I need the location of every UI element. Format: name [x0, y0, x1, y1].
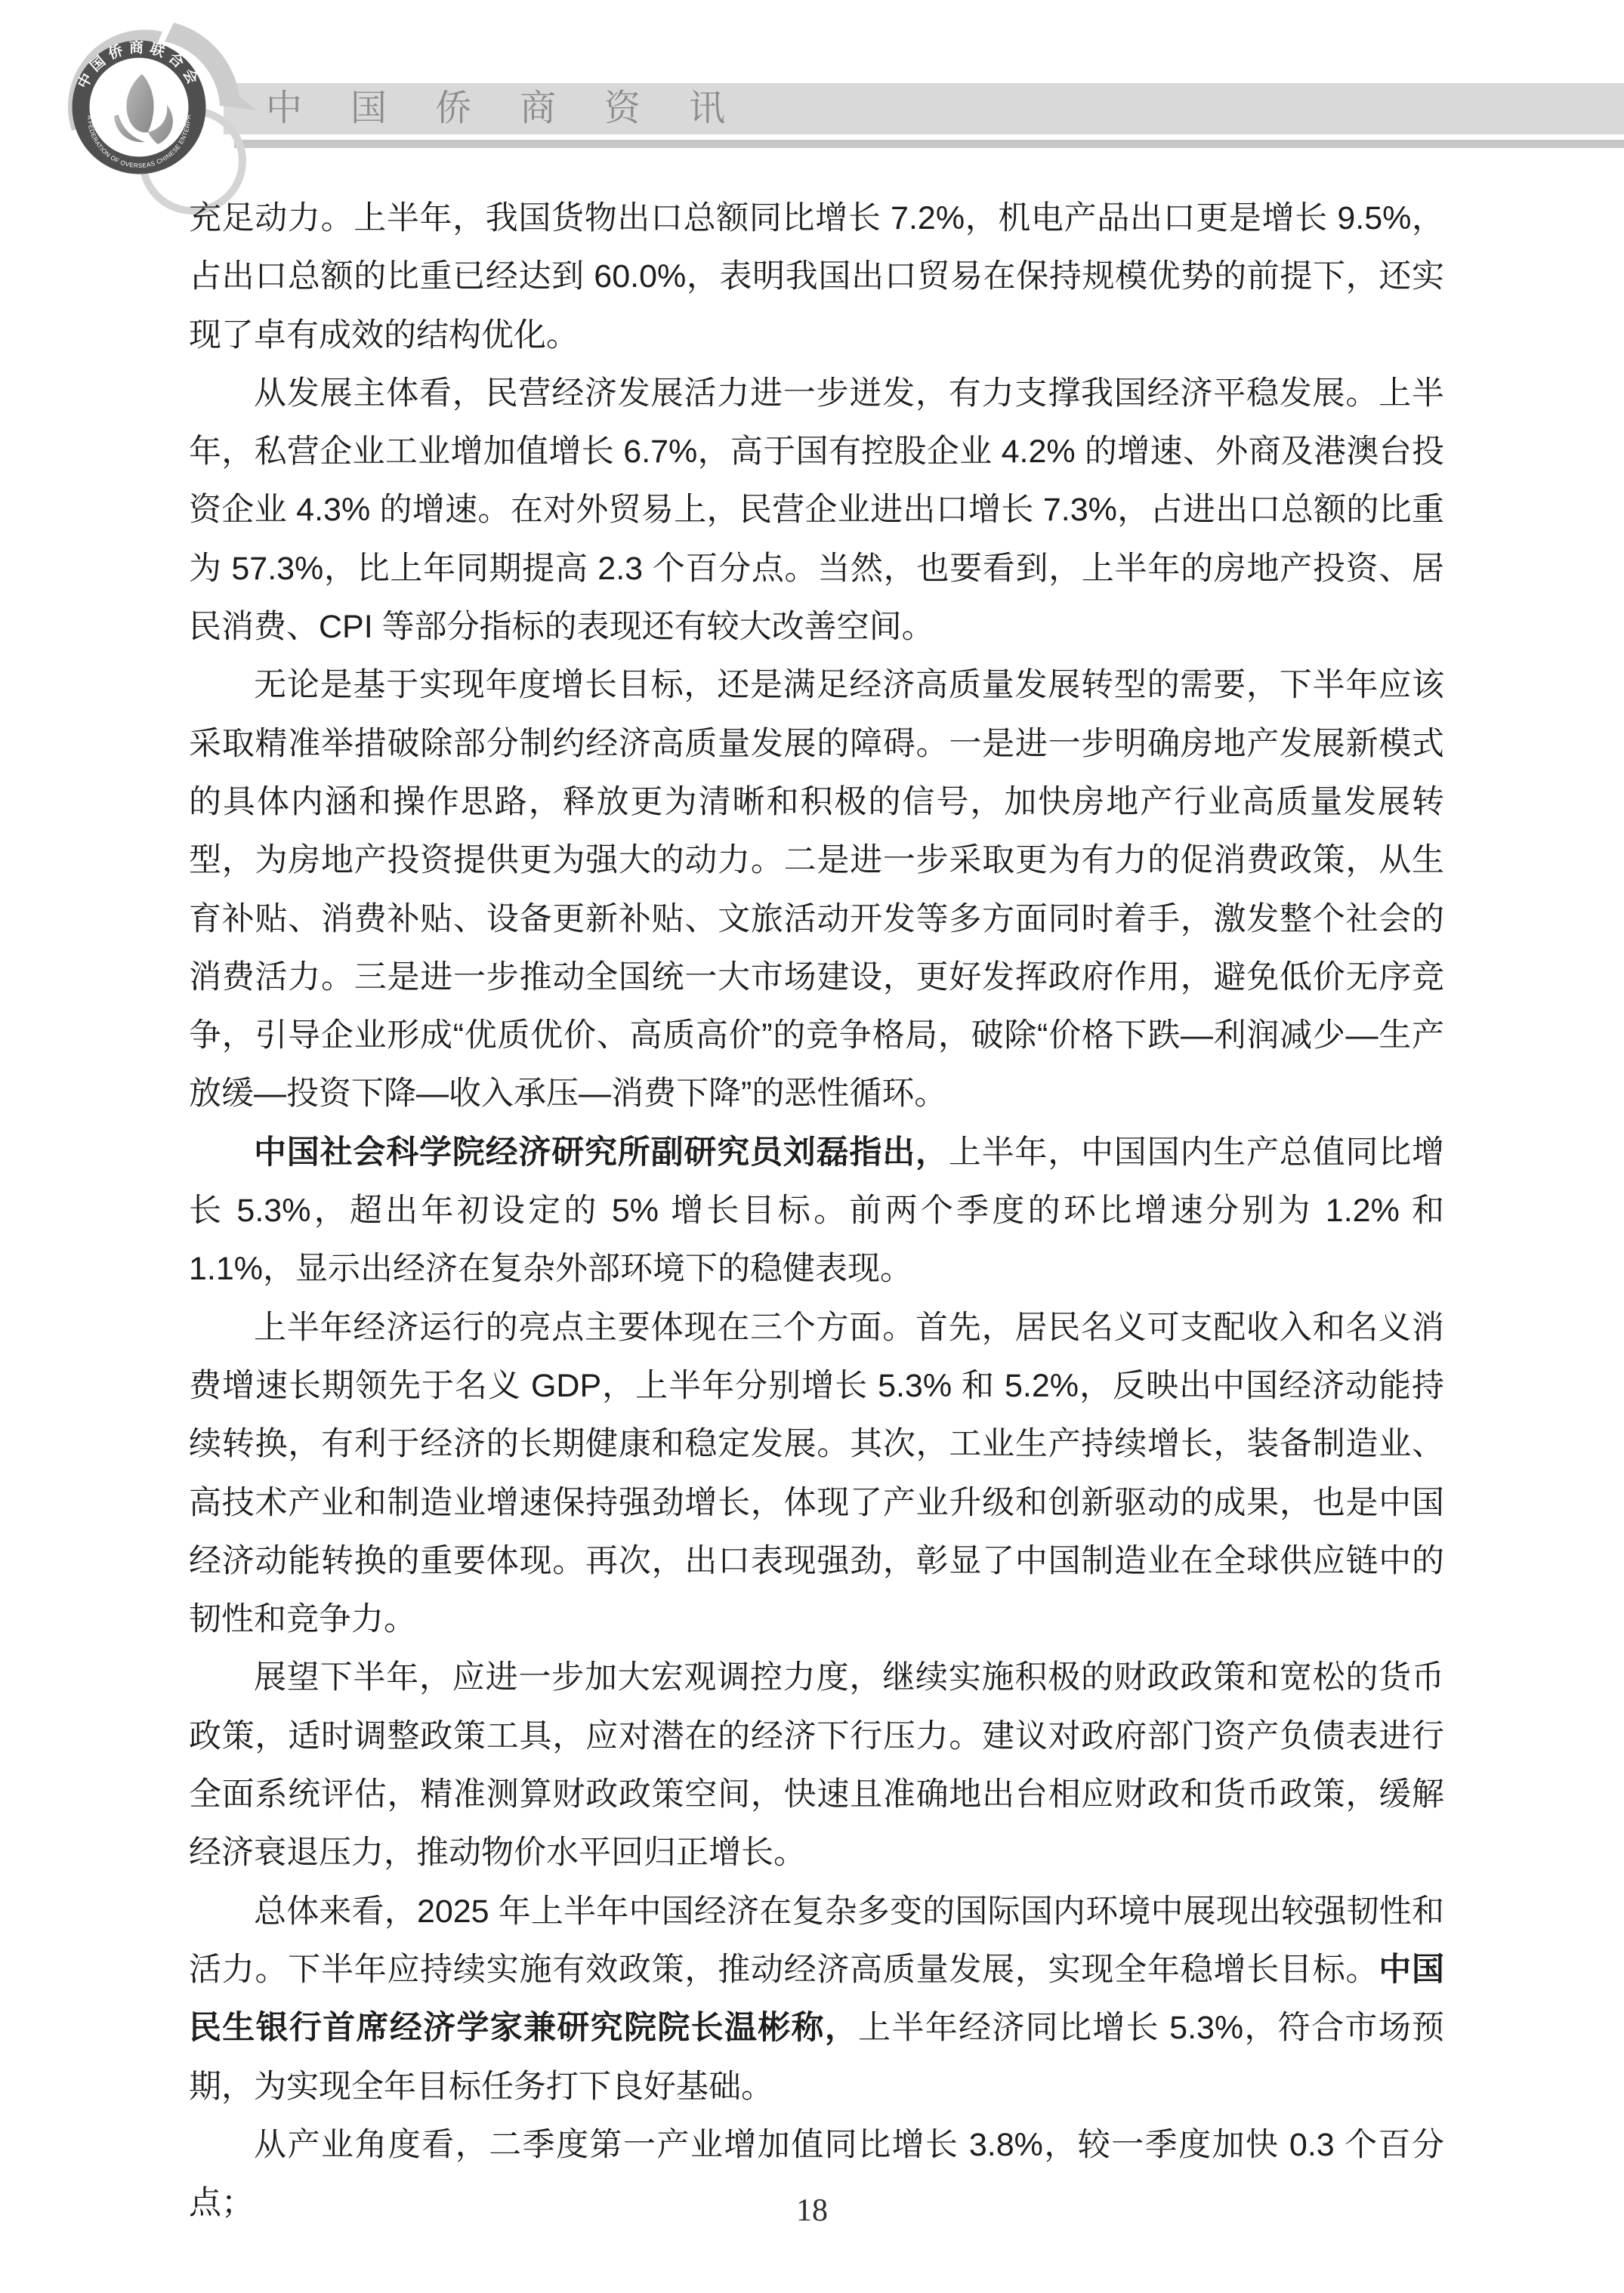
header-rule — [234, 140, 1624, 148]
paragraph-text: 上半年经济运行的亮点主要体现在三个方面。首先，居民名义可支配收入和名义消费增速长… — [189, 1310, 1444, 1637]
article-body: 充足动力。上半年，我国货物出口总额同比增长 7.2%，机电产品出口更是增长 9.… — [189, 190, 1444, 2233]
banner-title: 中国侨商资讯 — [266, 90, 773, 128]
paragraph-bold-text: 中国社会科学院经济研究所副研究员刘磊指出， — [254, 1134, 949, 1171]
paragraph-text: 充足动力。上半年，我国货物出口总额同比增长 7.2%，机电产品出口更是增长 9.… — [189, 200, 1444, 353]
paragraph: 充足动力。上半年，我国货物出口总额同比增长 7.2%，机电产品出口更是增长 9.… — [189, 190, 1444, 365]
paragraph-text: 无论是基于实现年度增长目标，还是满足经济高质量发展转型的需要，下半年应该采取精准… — [189, 667, 1444, 1112]
paragraph-text: 展望下半年，应进一步加大宏观调控力度，继续实施积极的财政政策和宽松的货币政策，适… — [189, 1659, 1444, 1871]
paragraph: 上半年经济运行的亮点主要体现在三个方面。首先，居民名义可支配收入和名义消费增速长… — [189, 1299, 1444, 1650]
paragraph-text: 总体来看，2025 年上半年中国经济在复杂多变的国际国内环境中展现出较强韧性和活… — [189, 1893, 1444, 1988]
paragraph: 展望下半年，应进一步加大宏观调控力度，继续实施积极的财政政策和宽松的货币政策，适… — [189, 1649, 1444, 1882]
paragraph-text: 从发展主体看，民营经济发展活力进一步迸发，有力支撑我国经济平稳发展。上半年，私营… — [189, 375, 1444, 645]
page-number: 18 — [0, 2193, 1624, 2229]
paragraph: 总体来看，2025 年上半年中国经济在复杂多变的国际国内环境中展现出较强韧性和活… — [189, 1883, 1444, 2116]
paragraph: 无论是基于实现年度增长目标，还是满足经济高质量发展转型的需要，下半年应该采取精准… — [189, 656, 1444, 1123]
paragraph: 中国社会科学院经济研究所副研究员刘磊指出，上半年，中国国内生产总值同比增长 5.… — [189, 1124, 1444, 1299]
paragraph: 从发展主体看，民营经济发展活力进一步迸发，有力支撑我国经济平稳发展。上半年，私营… — [189, 365, 1444, 656]
